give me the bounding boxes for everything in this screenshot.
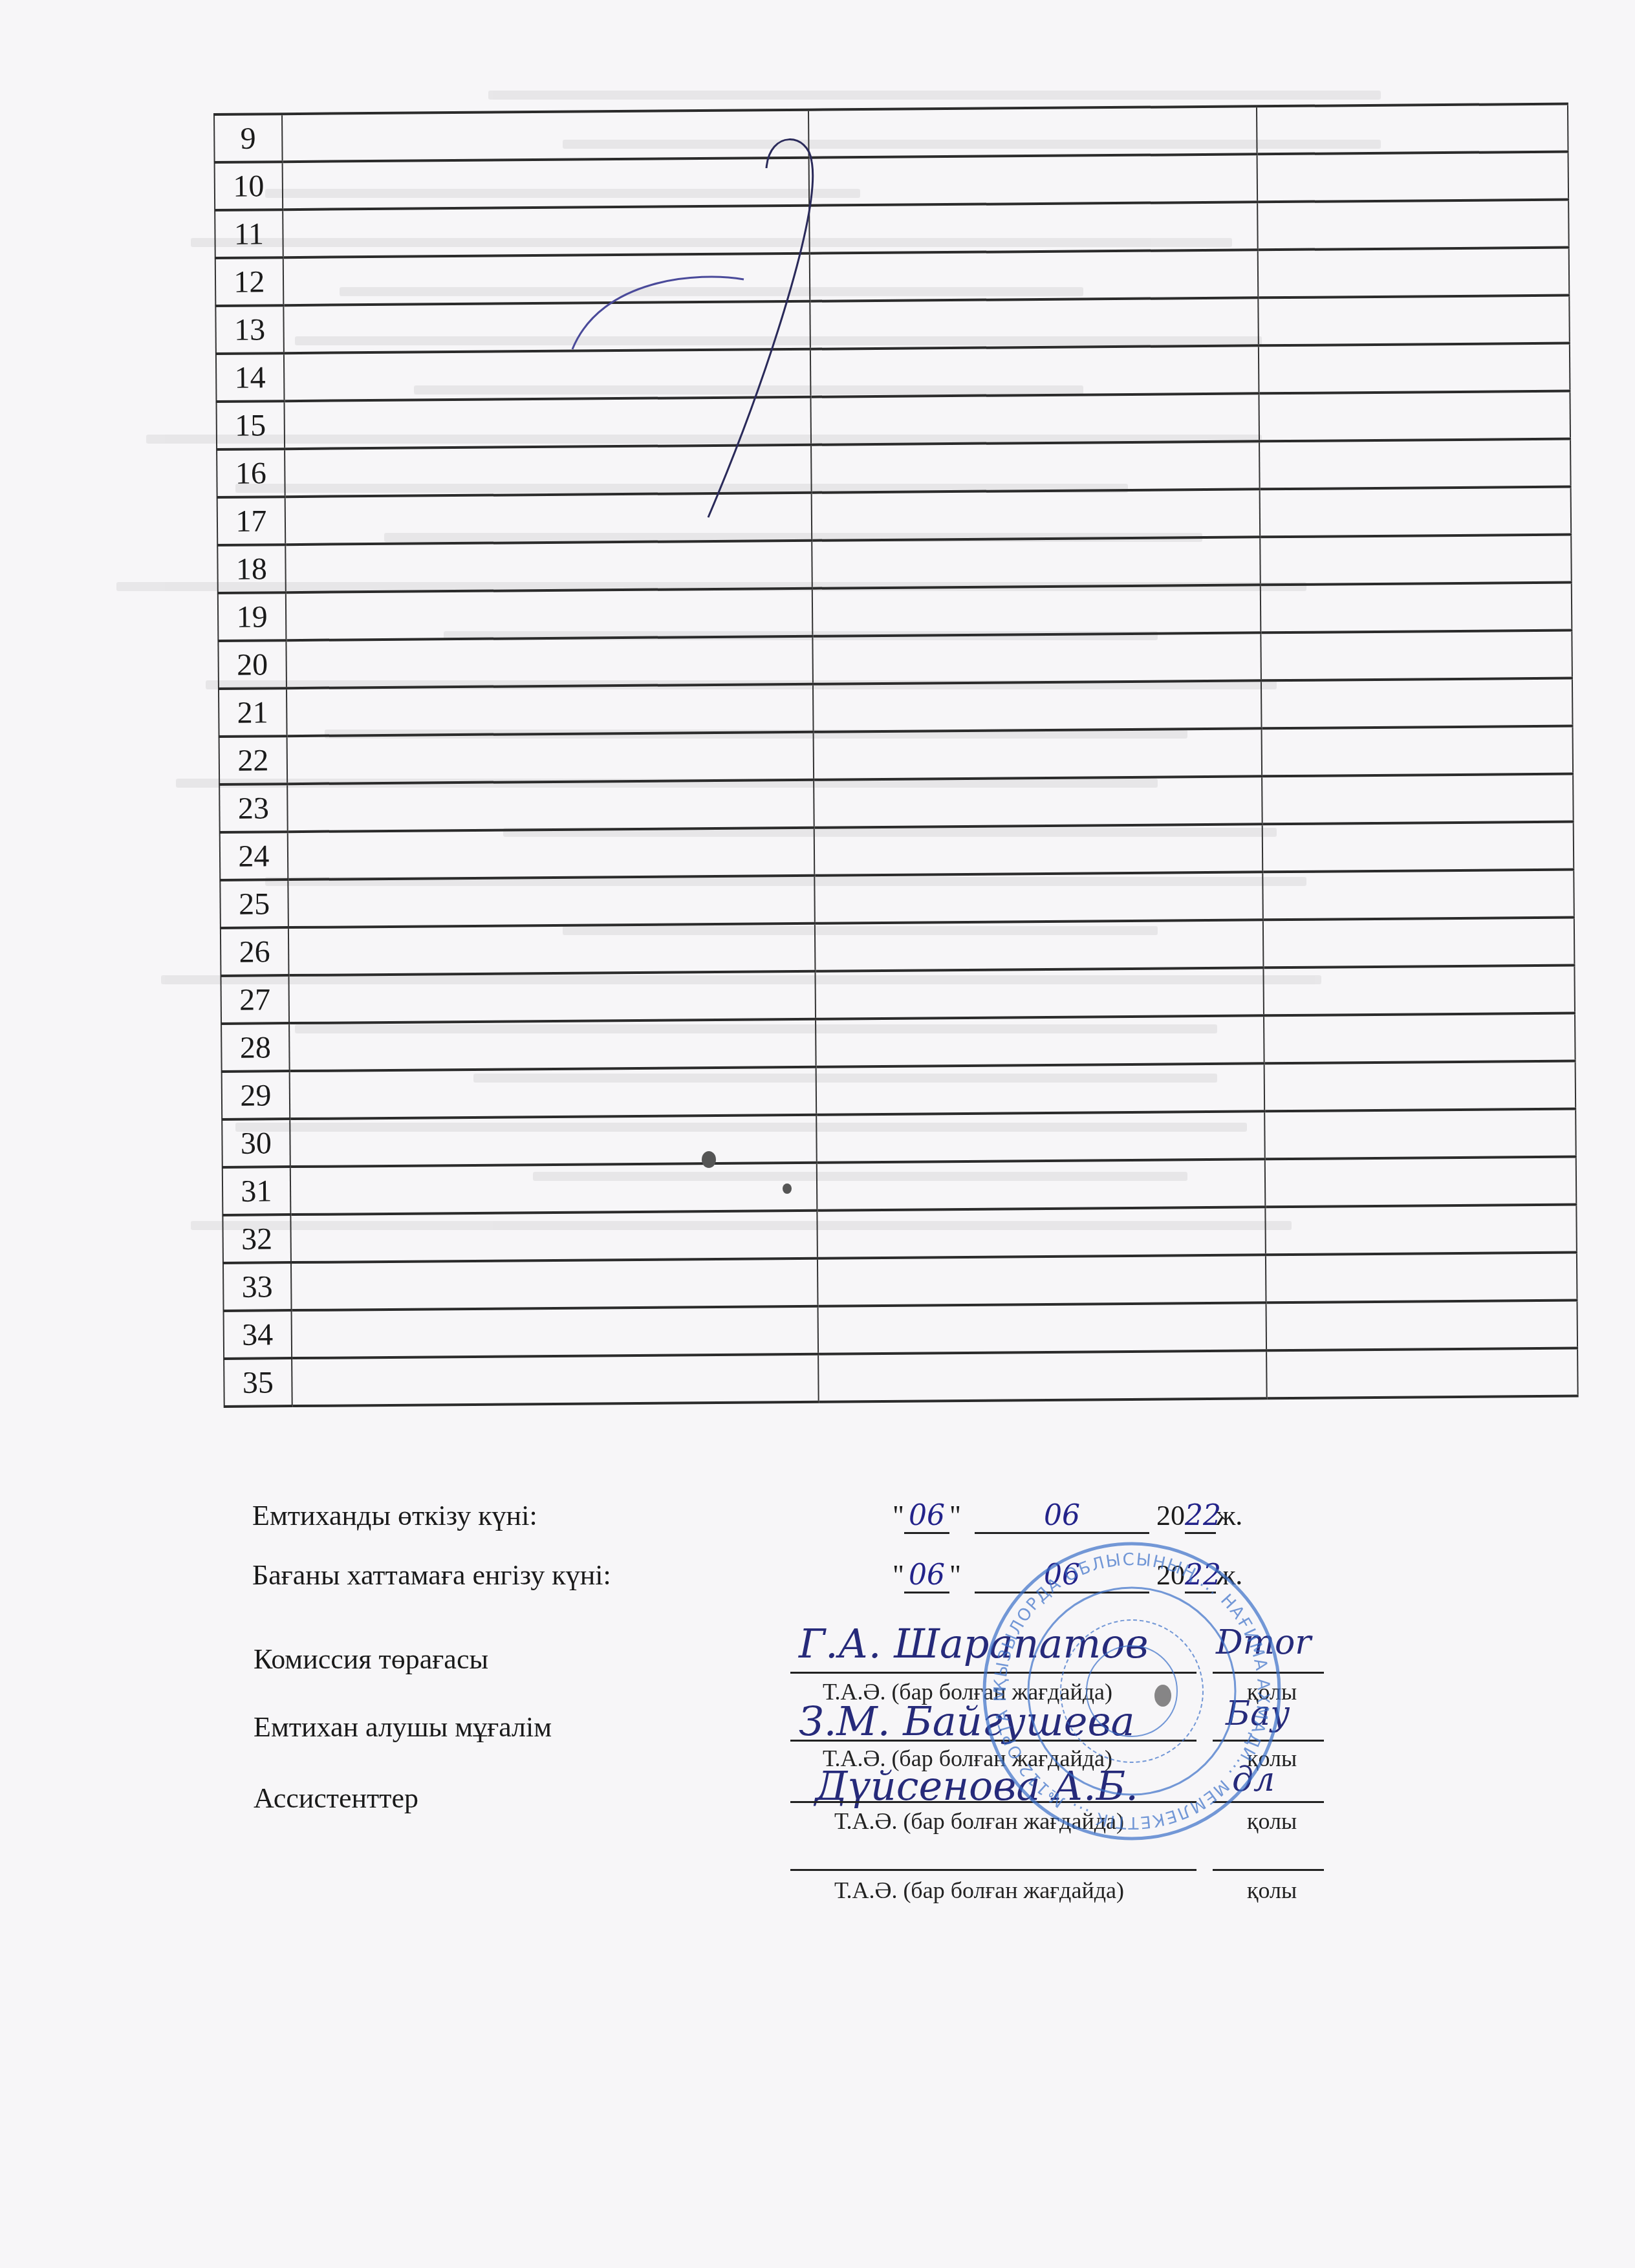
grade-cell [812, 537, 1261, 588]
row-number: 28 [221, 1023, 289, 1072]
row-number: 15 [217, 401, 285, 449]
row-number: 12 [215, 257, 283, 306]
row-number: 25 [220, 880, 288, 928]
grade-cell [809, 154, 1258, 205]
grade-cell [813, 680, 1262, 731]
exam-date-label: Емтиханды өткізу күні: [252, 1499, 537, 1532]
row-number: 31 [222, 1167, 290, 1215]
chair-name: Г.А. Шарапатов [799, 1620, 1149, 1667]
assistant-sign-line [1213, 1801, 1324, 1803]
signature-cell [1266, 1348, 1577, 1398]
student-name-cell [290, 1115, 817, 1167]
signature-cell [1265, 1109, 1576, 1160]
student-name-cell [291, 1258, 818, 1310]
row-number: 16 [217, 449, 285, 497]
entry-day: 06 [904, 1559, 949, 1593]
grade-cell [816, 1063, 1265, 1114]
student-name-cell [287, 732, 814, 784]
paper-speck [702, 1151, 716, 1168]
signature-cell [1262, 822, 1574, 872]
paper-speck [1154, 1685, 1171, 1707]
year-unit: ж. [1216, 1559, 1242, 1591]
row-number: 27 [221, 975, 288, 1024]
grade-cell [810, 297, 1259, 349]
teacher-name: З.М. Байгушева [799, 1698, 1134, 1745]
teacher-sign-line [1213, 1740, 1324, 1742]
grade-cell [819, 1350, 1268, 1401]
student-name-cell [283, 206, 810, 257]
assistant-name-line [790, 1801, 1196, 1803]
student-name-cell [290, 1163, 817, 1215]
student-name-cell [282, 110, 809, 162]
row-number: 18 [217, 545, 285, 593]
student-name-cell [283, 254, 810, 305]
assistant2-name-line [790, 1869, 1196, 1871]
signature-cell [1259, 391, 1570, 442]
student-name-cell [284, 397, 811, 449]
teacher-signature: Бау [1226, 1694, 1290, 1733]
assistant-name-caption: Т.А.Ә. (бар болған жағдайда) [834, 1808, 1124, 1835]
row-number: 32 [222, 1215, 290, 1263]
signature-cell [1259, 343, 1570, 394]
grade-cell [816, 967, 1264, 1019]
grade-cell [818, 1302, 1267, 1354]
assistant-signature: дл [1232, 1760, 1275, 1799]
chair-signature: Dmor [1216, 1623, 1311, 1662]
student-name-cell [292, 1354, 819, 1406]
grade-cell [808, 106, 1257, 157]
chair-label: Комиссия төрағасы [254, 1643, 488, 1676]
grade-cell [814, 776, 1263, 827]
exam-year-prefix: 20 [1156, 1500, 1185, 1531]
grade-cell [812, 585, 1261, 636]
row-number: 26 [221, 927, 288, 976]
student-name-cell [285, 445, 812, 497]
grade-cell [810, 202, 1259, 253]
row-number: 10 [215, 162, 283, 210]
signature-cell [1265, 1157, 1576, 1207]
student-name-cell [289, 1067, 816, 1119]
student-name-cell [288, 876, 815, 927]
signature-cell [1262, 726, 1573, 777]
assistant2-sign-line [1213, 1869, 1324, 1871]
grade-cell [811, 441, 1260, 492]
row-number: 24 [220, 832, 288, 880]
student-name-cell [286, 589, 813, 640]
signature-cell [1266, 1300, 1577, 1350]
student-name-cell [289, 1019, 816, 1071]
row-number: 22 [219, 736, 287, 784]
assistant2-sign-caption: қолы [1247, 1877, 1297, 1904]
assistant-sign-caption: қолы [1247, 1808, 1297, 1835]
entry-date: "06" 06 2022ж. [893, 1559, 1242, 1593]
signature-cell [1257, 104, 1568, 155]
student-name-cell [287, 780, 814, 832]
row-number: 20 [218, 640, 286, 689]
student-name-cell [284, 349, 811, 401]
student-name-cell [285, 493, 812, 545]
student-name-cell [291, 1306, 818, 1358]
grade-cell [817, 1207, 1266, 1258]
row-number: 9 [214, 114, 282, 162]
row-number: 21 [219, 688, 287, 737]
grade-cell [811, 393, 1260, 444]
year-unit: ж. [1216, 1500, 1242, 1531]
signature-cell [1264, 1013, 1575, 1064]
grade-cell [815, 872, 1264, 923]
signature-cell [1261, 631, 1572, 681]
chair-sign-line [1213, 1672, 1324, 1674]
student-name-cell [288, 923, 816, 975]
student-name-cell [290, 1211, 817, 1262]
entry-month: 06 [975, 1559, 1149, 1593]
grade-cell [814, 728, 1262, 779]
grade-cell [816, 1015, 1264, 1066]
signature-cell [1266, 1252, 1577, 1302]
entry-date-label: Бағаны хаттамаға енгізу күні: [252, 1559, 611, 1592]
grade-cell [813, 632, 1262, 684]
table-row: 35 [224, 1348, 1578, 1406]
signature-cell [1264, 966, 1575, 1016]
signature-cell [1264, 1061, 1575, 1112]
exam-date: "06" 06 2022ж. [893, 1499, 1242, 1534]
row-number: 14 [216, 353, 284, 402]
signature-cell [1262, 774, 1573, 825]
row-number: 23 [219, 784, 287, 832]
signature-cell [1263, 918, 1574, 968]
teacher-name-line [790, 1740, 1196, 1742]
entry-year-suffix: 22 [1185, 1559, 1216, 1593]
student-name-cell [285, 541, 812, 592]
grade-cell [817, 1159, 1266, 1210]
row-number: 17 [217, 497, 285, 545]
signature-cell [1261, 583, 1572, 633]
student-name-cell [287, 684, 814, 736]
row-number: 29 [222, 1071, 290, 1119]
grade-table: 9101112131415161718192021222324252627282… [213, 103, 1579, 1408]
document-page: 9101112131415161718192021222324252627282… [0, 0, 1635, 2268]
student-name-cell [288, 971, 816, 1023]
signature-cell [1260, 487, 1571, 537]
signature-cell [1258, 248, 1569, 298]
row-number: 19 [218, 592, 286, 641]
grade-cell [817, 1111, 1266, 1162]
signature-cell [1266, 1205, 1577, 1255]
exam-month: 06 [975, 1499, 1149, 1534]
assistant2-name-caption: Т.А.Ә. (бар болған жағдайда) [834, 1877, 1124, 1904]
row-number: 33 [223, 1262, 291, 1311]
grade-cell [814, 824, 1263, 875]
grade-cell [810, 345, 1259, 396]
student-name-cell [283, 301, 810, 353]
grade-cell [810, 250, 1259, 301]
grade-cell [817, 1255, 1266, 1306]
signature-cell [1259, 439, 1570, 490]
grade-cell [815, 920, 1264, 971]
row-number: 35 [224, 1358, 292, 1407]
exam-day: 06 [904, 1499, 949, 1534]
teacher-label: Емтихан алушы мұғалім [254, 1711, 552, 1744]
assistants-label: Ассистенттер [254, 1782, 418, 1815]
signature-cell [1261, 535, 1572, 585]
student-name-cell [286, 636, 813, 688]
row-number: 11 [215, 210, 283, 258]
student-name-cell [282, 158, 809, 210]
signature-cell [1263, 870, 1574, 920]
paper-speck [783, 1183, 792, 1194]
row-number: 30 [222, 1119, 290, 1167]
exam-year-suffix: 22 [1185, 1499, 1216, 1534]
student-name-cell [288, 828, 815, 880]
grade-cell [812, 489, 1261, 540]
signature-cell [1257, 152, 1568, 202]
chair-name-line [790, 1672, 1196, 1674]
signature-cell [1259, 296, 1570, 346]
signature-cell [1258, 200, 1569, 250]
entry-year-prefix: 20 [1156, 1559, 1185, 1591]
row-number: 34 [224, 1310, 292, 1359]
signature-cell [1261, 678, 1572, 729]
row-number: 13 [215, 305, 283, 354]
